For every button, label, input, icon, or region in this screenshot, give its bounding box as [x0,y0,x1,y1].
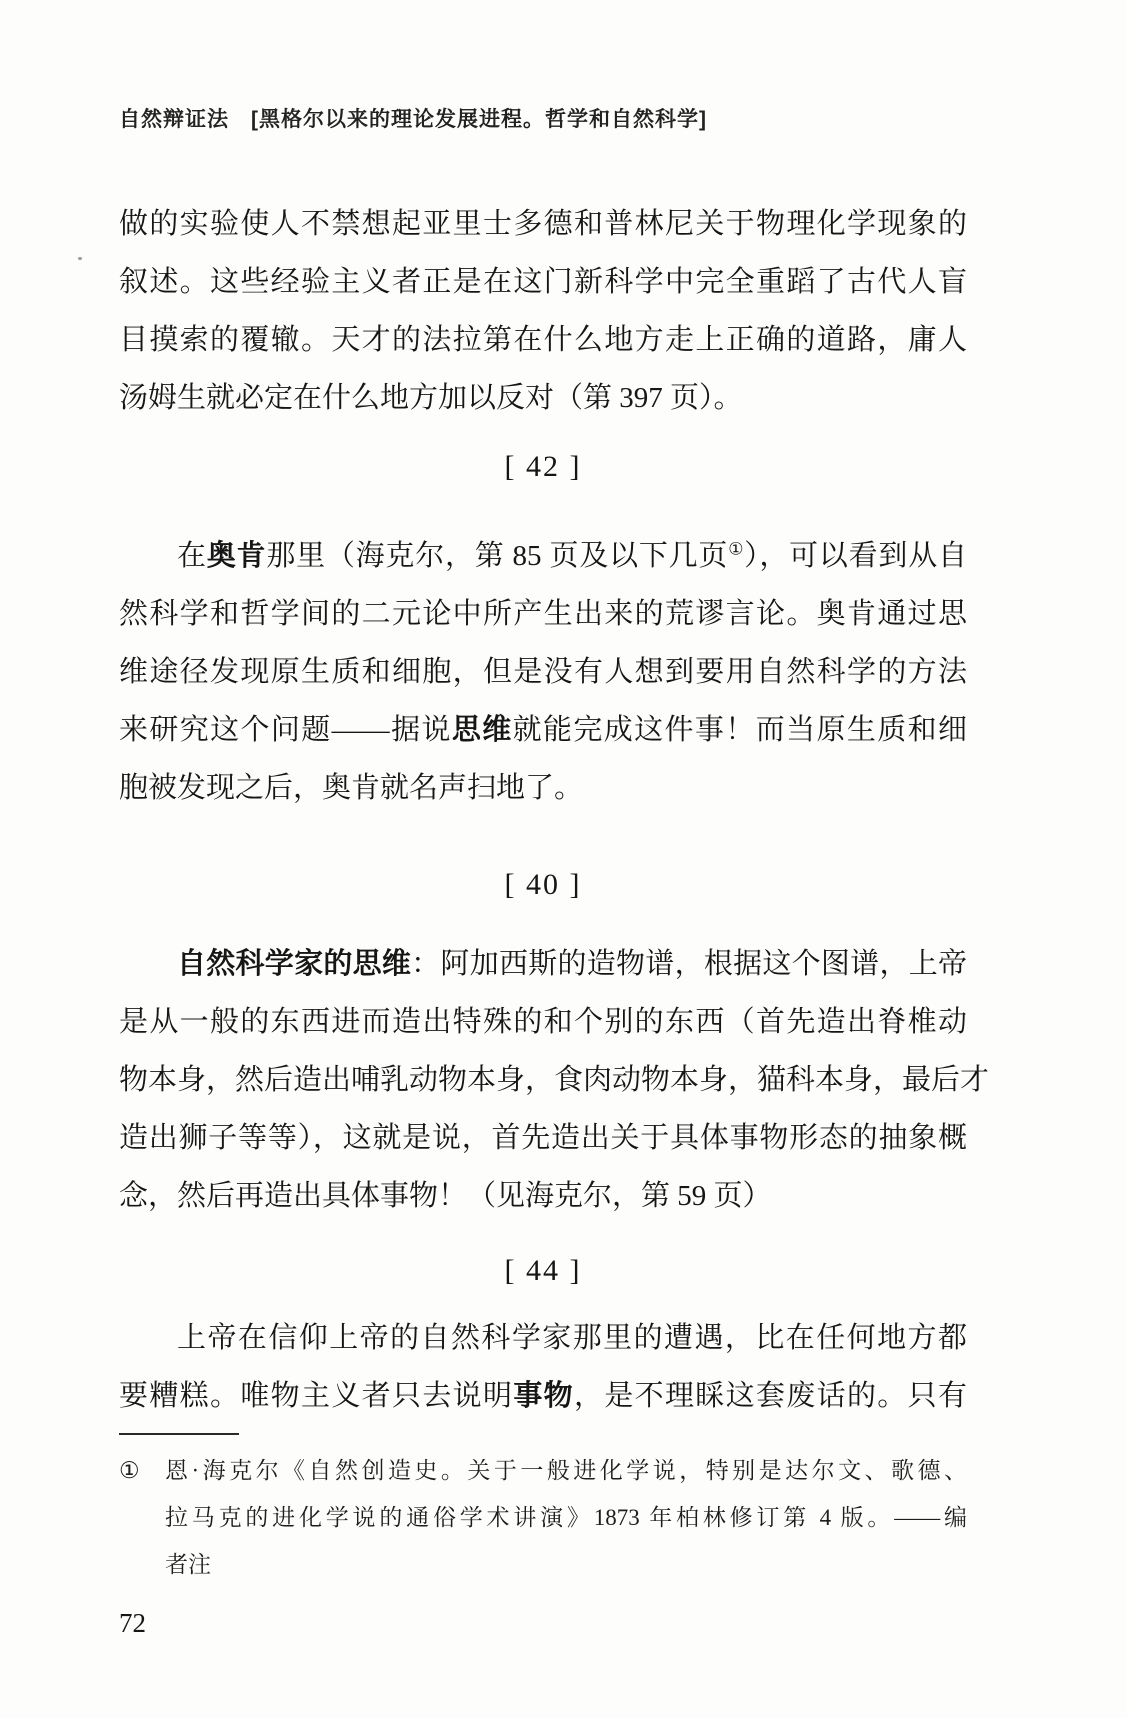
running-header: 自然辩证法[黑格尔以来的理论发展进程。哲学和自然科学] [119,103,967,133]
body-text: 然科学和哲学间的二元论中所产生出来的荒谬言论。奥肯通过思 [119,598,967,630]
text-line: 造出狮子等等），这就是说，首先造出关于具体事物形态的抽象概 [119,1109,967,1167]
body-text: 要糟糕。唯物主义者只去说明 [119,1380,513,1412]
text-line: 目摸索的覆辙。天才的法拉第在什么地方走上正确的道路，庸人 [119,311,967,369]
emphasized-text: 奥肯 [207,540,267,572]
body-text: 在 [177,540,207,572]
emphasized-text: 自然科学家的思维 [177,948,411,980]
body-text: 造出狮子等等），这就是说，首先造出关于具体事物形态的抽象概 [119,1122,967,1154]
page-number: 72 [119,1608,967,1639]
paragraph: 自然科学家的思维：阿加西斯的造物谱，根据这个图谱，上帝是从一般的东西进而造出特殊… [119,935,967,1225]
body-text: ：阿加西斯的造物谱，根据这个图谱，上帝 [411,948,967,980]
text-line: 要糟糕。唯物主义者只去说明事物，是不理睬这套废话的。只有 [119,1367,967,1425]
text-line: 念，然后再造出具体事物！（见海克尔，第 59 页） [119,1167,967,1225]
page-content: 自然辩证法[黑格尔以来的理论发展进程。哲学和自然科学] 做的实验使人不禁想起亚里… [119,103,967,1639]
body-text: 那里（海克尔，第 85 页及以下几页 [266,540,728,572]
book-page: 自然辩证法[黑格尔以来的理论发展进程。哲学和自然科学] 做的实验使人不禁想起亚里… [0,0,1127,1718]
text-line: 做的实验使人不禁想起亚里士多德和普林尼关于物理化学现象的 [119,195,967,253]
text-line: 在奥肯那里（海克尔，第 85 页及以下几页①），可以看到从自 [119,527,967,585]
section-number-44: [ 44 ] [119,1243,967,1299]
body-text: 汤姆生就必定在什么地方加以反对（第 397 页）。 [119,382,743,414]
footnote-divider [119,1433,239,1435]
footnote-lines: 恩·海克尔《自然创造史。关于一般进化学说，特别是达尔文、歌德、拉马克的进化学说的… [165,1447,967,1588]
paragraph: 上帝在信仰上帝的自然科学家那里的遭遇，比在任何地方都要糟糕。唯物主义者只去说明事… [119,1309,967,1425]
body-text: 就能完成这件事！而当原生质和细 [513,714,967,746]
text-line: 来研究这个问题——据说思维就能完成这件事！而当原生质和细 [119,701,967,759]
text-line: 然科学和哲学间的二元论中所产生出来的荒谬言论。奥肯通过思 [119,585,967,643]
text-line: 叙述。这些经验主义者正是在这门新科学中完全重蹈了古代人盲 [119,253,967,311]
body-text: 目摸索的覆辙。天才的法拉第在什么地方走上正确的道路，庸人 [119,324,967,356]
body-text: ，是不理睬这套废话的。只有 [574,1380,967,1412]
chapter-title: [黑格尔以来的理论发展进程。哲学和自然科学] [251,108,707,131]
footnote-line: 拉马克的进化学说的通俗学术讲演》1873 年柏林修订第 4 版。——编 [165,1494,967,1541]
body-text: 来研究这个问题——据说 [119,714,452,746]
paragraph: 做的实验使人不禁想起亚里士多德和普林尼关于物理化学现象的叙述。这些经验主义者正是… [119,195,967,427]
footnote-marker: ① [119,1447,165,1494]
text-line: 汤姆生就必定在什么地方加以反对（第 397 页）。 [119,369,967,427]
paragraph: 在奥肯那里（海克尔，第 85 页及以下几页①），可以看到从自然科学和哲学间的二元… [119,527,967,817]
emphasized-text: 事物 [513,1380,574,1412]
body-text: 维途径发现原生质和细胞，但是没有人想到要用自然科学的方法 [119,656,967,688]
footnote-reference: ① [728,539,744,558]
body-text: 物本身，然后造出哺乳动物本身，食肉动物本身，猫科本身，最后才 [119,1064,989,1096]
footnote-line: 恩·海克尔《自然创造史。关于一般进化学说，特别是达尔文、歌德、 [165,1447,967,1494]
text-line: 维途径发现原生质和细胞，但是没有人想到要用自然科学的方法 [119,643,967,701]
body-text: 念，然后再造出具体事物！（见海克尔，第 59 页） [119,1180,772,1212]
body-text: ），可以看到从自 [744,540,967,572]
body-text: 做的实验使人不禁想起亚里士多德和普林尼关于物理化学现象的 [119,208,967,240]
scan-speck [78,257,82,260]
body-text: 胞被发现之后，奥肯就名声扫地了。 [119,772,583,804]
body-text: 是从一般的东西进而造出特殊的和个别的东西（首先造出脊椎动 [119,1006,967,1038]
emphasized-text: 思维 [452,714,513,746]
section-number-42: [ 42 ] [119,439,967,495]
text-line: 胞被发现之后，奥肯就名声扫地了。 [119,759,967,817]
body-text: 上帝在信仰上帝的自然科学家那里的遭遇，比在任何地方都 [177,1322,967,1354]
text-line: 物本身，然后造出哺乳动物本身，食肉动物本身，猫科本身，最后才 [119,1051,967,1109]
text-line: 是从一般的东西进而造出特殊的和个别的东西（首先造出脊椎动 [119,993,967,1051]
section-number-40: [ 40 ] [119,857,967,913]
body-text: 叙述。这些经验主义者正是在这门新科学中完全重蹈了古代人盲 [119,266,967,298]
text-line: 自然科学家的思维：阿加西斯的造物谱，根据这个图谱，上帝 [119,935,967,993]
page-body: 做的实验使人不禁想起亚里士多德和普林尼关于物理化学现象的叙述。这些经验主义者正是… [119,195,967,1425]
text-line: 上帝在信仰上帝的自然科学家那里的遭遇，比在任何地方都 [119,1309,967,1367]
footnote: ① 恩·海克尔《自然创造史。关于一般进化学说，特别是达尔文、歌德、拉马克的进化学… [119,1447,967,1588]
footnote-line: 者注 [165,1541,967,1588]
work-title: 自然辩证法 [119,108,229,131]
